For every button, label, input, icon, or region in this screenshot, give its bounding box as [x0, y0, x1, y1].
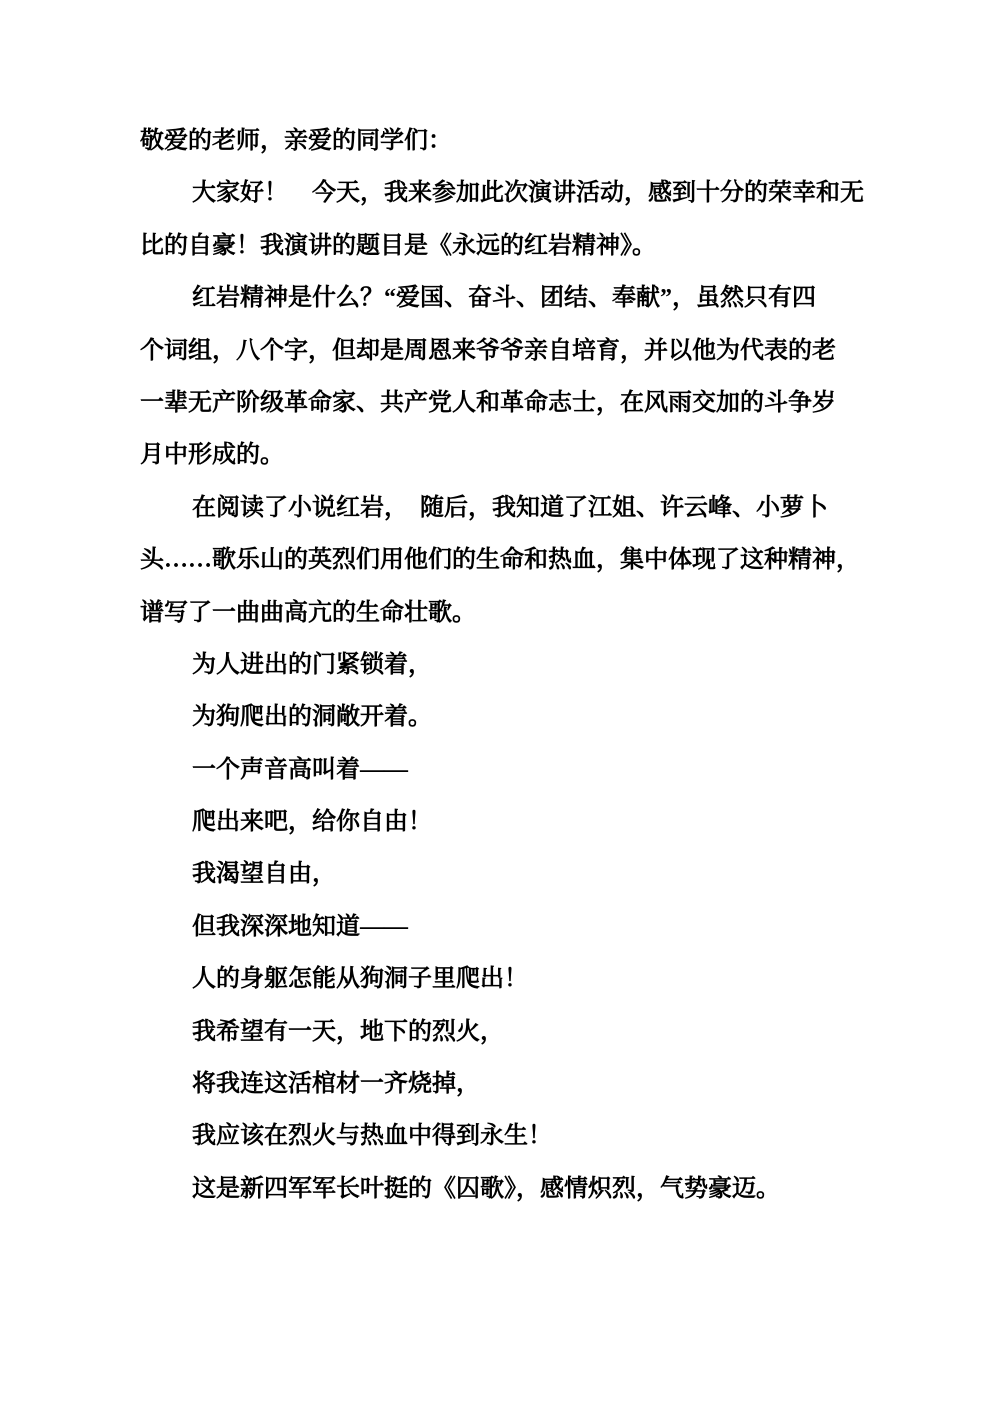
text-line: 头……歌乐山的英烈们用他们的生命和热血，集中体现了这种精神，	[140, 534, 866, 586]
text-line: 个词组，八个字，但却是周恩来爷爷亲自培育，并以他为代表的老	[140, 325, 866, 377]
text-line: 为狗爬出的洞敞开着。	[140, 691, 866, 743]
text-line: 将我连这活棺材一齐烧掉，	[140, 1058, 866, 1110]
text-line: 爬出来吧，给你自由！	[140, 796, 866, 848]
document-page: 敬爱的老师，亲爱的同学们：大家好！ 今天，我来参加此次演讲活动，感到十分的荣幸和…	[0, 0, 993, 1404]
text-line: 红岩精神是什么？“爱国、奋斗、团结、奉献”，虽然只有四	[140, 272, 866, 324]
text-line: 在阅读了小说红岩， 随后，我知道了江姐、许云峰、小萝卜	[140, 482, 866, 534]
text-line: 比的自豪！我演讲的题目是《永远的红岩精神》。	[140, 220, 866, 272]
text-line: 为人进出的门紧锁着，	[140, 639, 866, 691]
text-line: 我渴望自由，	[140, 848, 866, 900]
text-line: 一辈无产阶级革命家、共产党人和革命志士，在风雨交加的斗争岁	[140, 377, 866, 429]
text-line: 谱写了一曲曲高亢的生命壮歌。	[140, 587, 866, 639]
document-text-block: 敬爱的老师，亲爱的同学们：大家好！ 今天，我来参加此次演讲活动，感到十分的荣幸和…	[140, 115, 866, 1215]
text-line: 人的身躯怎能从狗洞子里爬出！	[140, 953, 866, 1005]
text-line: 一个声音高叫着——	[140, 744, 866, 796]
text-line: 我希望有一天，地下的烈火，	[140, 1006, 866, 1058]
text-line: 这是新四军军长叶挺的《囚歌》，感情炽烈，气势豪迈。	[140, 1163, 866, 1215]
text-line: 敬爱的老师，亲爱的同学们：	[140, 115, 866, 167]
text-line: 大家好！ 今天，我来参加此次演讲活动，感到十分的荣幸和无	[140, 167, 866, 219]
text-line: 但我深深地知道——	[140, 901, 866, 953]
text-line: 我应该在烈火与热血中得到永生！	[140, 1110, 866, 1162]
text-line: 月中形成的。	[140, 429, 866, 481]
